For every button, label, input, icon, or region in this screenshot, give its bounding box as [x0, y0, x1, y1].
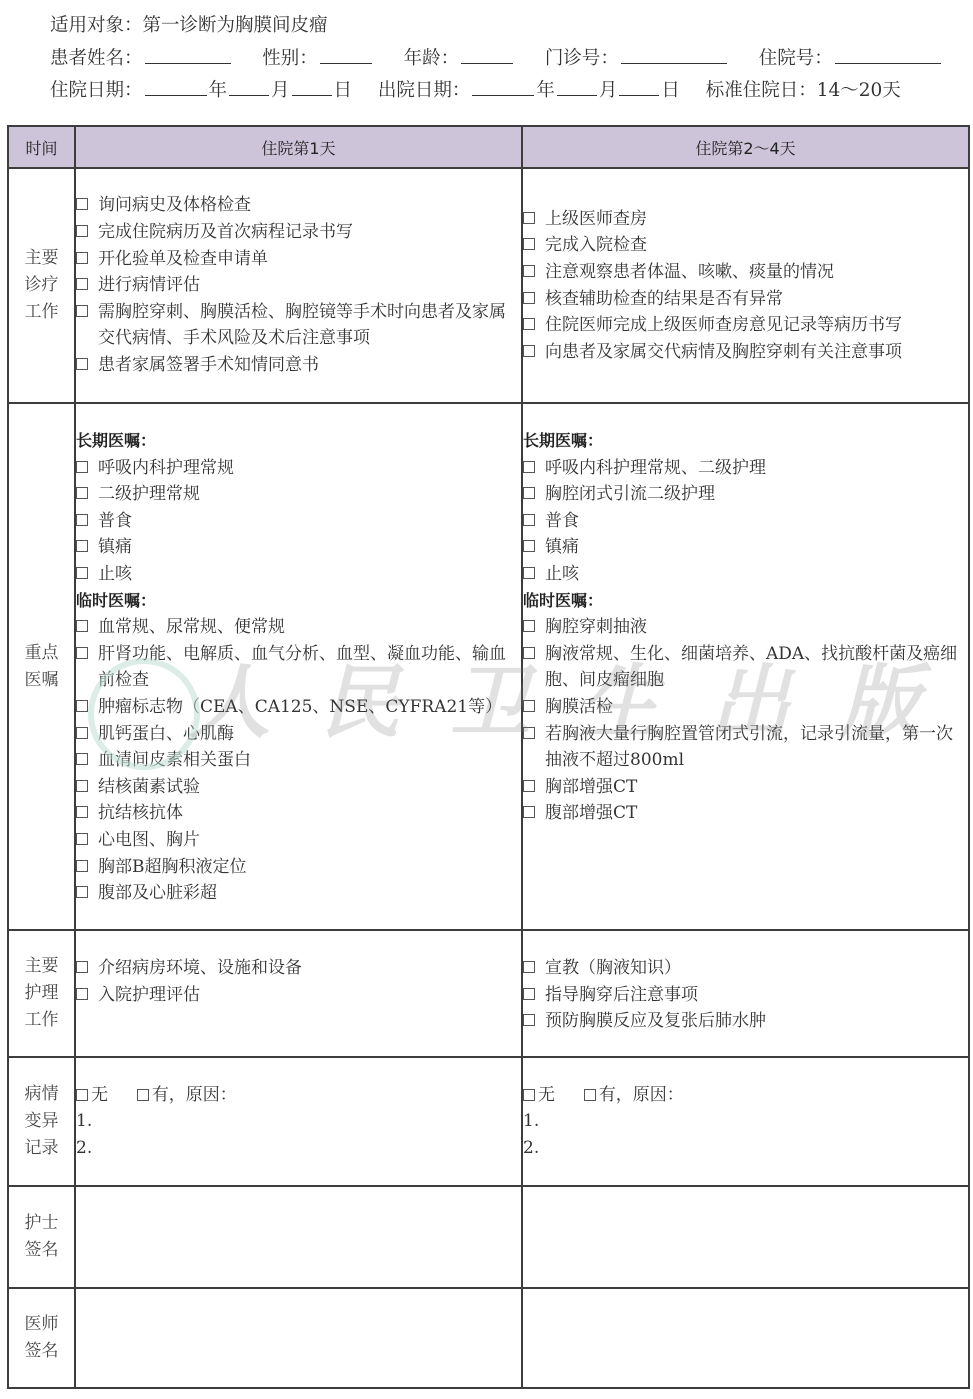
cell-orders-day1: 长期医嘱： 呼吸内科护理常规二级护理常规普食镇痛止咳 临时医嘱： 血常规、尿常规… [75, 403, 522, 930]
checklist-item[interactable]: 完成住院病历及首次病程记录书写 [76, 219, 521, 246]
checklist-item[interactable]: 核查辅助检查的结果是否有异常 [523, 286, 968, 313]
row-label-nursing: 主要 护理 工作 [8, 930, 75, 1057]
row-label-nurse-signature: 护士 签名 [8, 1186, 75, 1288]
checklist-item[interactable]: 心电图、胸片 [76, 827, 521, 854]
outpatient-no-label: 门诊号： [545, 48, 619, 69]
checklist-item[interactable]: 向患者及家属交代病情及胸腔穿刺有关注意事项 [523, 339, 968, 366]
cell-diagnosis-day2-4: 上级医师查房完成入院检查注意观察患者体温、咳嗽、痰量的情况核查辅助检查的结果是否… [522, 168, 969, 403]
checklist-item-text: 入院护理评估 [98, 985, 200, 1005]
checklist-item[interactable]: 止咳 [76, 561, 521, 588]
checklist-item[interactable]: 患者家属签署手术知情同意书 [76, 352, 521, 379]
checklist-item-text: 二级护理常规 [98, 484, 200, 504]
checklist-item-text: 胸部增强CT [545, 777, 637, 797]
age-label: 年龄： [404, 48, 460, 69]
day-label: 日 [334, 80, 353, 101]
checklist-item[interactable]: 宣教（胸液知识） [523, 955, 968, 982]
checklist-item[interactable]: 肌钙蛋白、心肌酶 [76, 721, 521, 748]
label-line: 医师 [9, 1311, 74, 1338]
col-time: 时间 [8, 126, 75, 168]
variance-reason-2[interactable]: 2. [523, 1135, 968, 1162]
nurse-signature-day1-field[interactable] [75, 1186, 522, 1288]
checkbox-icon[interactable] [523, 212, 535, 224]
checklist-item-text: 若胸液大量行胸腔置管闭式引流，记录引流量，第一次抽液不超过800ml [545, 724, 953, 771]
cell-orders-day2-4: 长期医嘱： 呼吸内科护理常规、二级护理胸腔闭式引流二级护理普食镇痛止咳 临时医嘱… [522, 403, 969, 930]
label-line: 病情 [9, 1081, 74, 1108]
checklist-item[interactable]: 抗结核抗体 [76, 800, 521, 827]
checklist-item-text: 胸腔穿刺抽液 [545, 617, 647, 637]
checkbox-icon[interactable] [76, 833, 88, 845]
checklist: 询问病史及体格检查完成住院病历及首次病程记录书写开化验单及检查申请单进行病情评估… [76, 192, 521, 378]
cell-variance-day1: 无 有，原因： 1. 2. [75, 1057, 522, 1186]
checklist-item-text: 腹部及心脏彩超 [98, 883, 217, 903]
discharge-day-field[interactable] [619, 77, 659, 96]
checklist-item[interactable]: 入院护理评估 [76, 982, 521, 1009]
label-line: 变异 [9, 1108, 74, 1135]
checkbox-icon[interactable] [76, 727, 88, 739]
checklist-item[interactable]: 普食 [76, 508, 521, 535]
checklist-item-text: 结核菌素试验 [98, 777, 200, 797]
checklist: 上级医师查房完成入院检查注意观察患者体温、咳嗽、痰量的情况核查辅助检查的结果是否… [523, 206, 968, 366]
checkbox-icon[interactable] [523, 1014, 535, 1026]
admission-date-label: 住院日期： [50, 80, 143, 101]
checklist-item[interactable]: 普食 [523, 508, 968, 535]
admission-month-field[interactable] [229, 77, 269, 96]
checkbox-icon[interactable] [76, 567, 88, 579]
checklist: 宣教（胸液知识）指导胸穿后注意事项预防胸膜反应及复张后肺水肿 [523, 955, 968, 1035]
year-label: 年 [209, 80, 228, 101]
checklist-item[interactable]: 预防胸膜反应及复张后肺水肿 [523, 1008, 968, 1035]
checklist-item[interactable]: 腹部及心脏彩超 [76, 880, 521, 907]
variance-yes-checkbox[interactable] [584, 1089, 596, 1101]
label-line: 记录 [9, 1135, 74, 1162]
checkbox-icon[interactable] [523, 988, 535, 1000]
checklist-item[interactable]: 介绍病房环境、设施和设备 [76, 955, 521, 982]
cell-diagnosis-day1: 询问病史及体格检查完成住院病历及首次病程记录书写开化验单及检查申请单进行病情评估… [75, 168, 522, 403]
temporary-orders-title: 临时医嘱： [523, 588, 968, 615]
checklist-item-text: 肝肾功能、电解质、血气分析、血型、凝血功能、输血前检查 [98, 644, 506, 691]
checklist: 长期医嘱： 呼吸内科护理常规、二级护理胸腔闭式引流二级护理普食镇痛止咳 临时医嘱… [523, 428, 968, 827]
inpatient-no-field[interactable] [835, 45, 941, 64]
long-term-orders-title: 长期医嘱： [523, 428, 968, 455]
checklist-item[interactable]: 血清间皮素相关蛋白 [76, 747, 521, 774]
checklist-item-text: 止咳 [98, 564, 132, 584]
checklist-item-text: 腹部增强CT [545, 803, 637, 823]
checklist-item[interactable]: 二级护理常规 [76, 481, 521, 508]
doctor-signature-day2-4-field[interactable] [522, 1288, 969, 1388]
checklist-item-text: 指导胸穿后注意事项 [545, 985, 698, 1005]
row-orders: 重点 医嘱 长期医嘱： 呼吸内科护理常规二级护理常规普食镇痛止咳 临时医嘱： 血… [8, 403, 969, 930]
checklist-item[interactable]: 注意观察患者体温、咳嗽、痰量的情况 [523, 259, 968, 286]
checklist-item[interactable]: 完成入院检查 [523, 232, 968, 259]
checklist-item[interactable]: 上级医师查房 [523, 206, 968, 233]
standard-stay: 标准住院日：14～20天 [706, 80, 901, 101]
doctor-signature-day1-field[interactable] [75, 1288, 522, 1388]
checklist-item[interactable]: 胸部B超胸积液定位 [76, 854, 521, 881]
checkbox-icon[interactable] [76, 647, 88, 659]
checklist-item[interactable]: 肝肾功能、电解质、血气分析、血型、凝血功能、输血前检查 [76, 641, 521, 694]
checkbox-icon[interactable] [76, 620, 88, 632]
col-day2-4: 住院第2～4天 [522, 126, 969, 168]
checklist-item-text: 注意观察患者体温、咳嗽、痰量的情况 [545, 262, 834, 282]
checkbox-icon[interactable] [76, 806, 88, 818]
checklist-item-text: 开化验单及检查申请单 [98, 249, 268, 269]
checklist-item-text: 肌钙蛋白、心肌酶 [98, 724, 234, 744]
label-line: 工作 [9, 299, 74, 326]
label-line: 签名 [9, 1237, 74, 1264]
checkbox-icon[interactable] [76, 886, 88, 898]
label-line: 重点 [9, 640, 74, 667]
checklist-item-text: 胸腔闭式引流二级护理 [545, 484, 715, 504]
checkbox-icon[interactable] [523, 487, 535, 499]
row-nursing: 主要 护理 工作 介绍病房环境、设施和设备入院护理评估 宣教（胸液知识）指导胸穿… [8, 930, 969, 1057]
variance-none-checkbox[interactable] [76, 1089, 88, 1101]
checklist-item[interactable]: 进行病情评估 [76, 272, 521, 299]
patient-name-field[interactable] [145, 45, 231, 64]
cell-nursing-day1: 介绍病房环境、设施和设备入院护理评估 [75, 930, 522, 1057]
checkbox-icon[interactable] [76, 514, 88, 526]
inpatient-no-label: 住院号： [759, 48, 833, 69]
applicable-text: 适用对象：第一诊断为胸膜间皮瘤 [50, 15, 328, 36]
checkbox-icon[interactable] [523, 514, 535, 526]
applicable-subject: 适用对象：第一诊断为胸膜间皮瘤 [50, 13, 328, 39]
checklist-item[interactable]: 血常规、尿常规、便常规 [76, 614, 521, 641]
checkbox-icon[interactable] [76, 487, 88, 499]
label-line: 诊疗 [9, 272, 74, 299]
patient-info-line: 患者姓名： 性别： 年龄： 门诊号： 住院号： [50, 45, 943, 72]
variance-none-label: 无 [91, 1085, 108, 1105]
checkbox-icon[interactable] [76, 252, 88, 264]
checklist-item-text: 进行病情评估 [98, 275, 200, 295]
checklist-item-text: 血常规、尿常规、便常规 [98, 617, 285, 637]
checklist-item-text: 镇痛 [545, 537, 579, 557]
row-variance: 病情 变异 记录 无 有，原因： 1. 2. 无 有，原因： 1. 2. [8, 1057, 969, 1186]
age-field[interactable] [461, 45, 513, 64]
checklist-item-text: 普食 [98, 511, 132, 531]
row-diagnosis: 主要 诊疗 工作 询问病史及体格检查完成住院病历及首次病程记录书写开化验单及检查… [8, 168, 969, 403]
label-line: 护士 [9, 1210, 74, 1237]
day-label: 日 [661, 80, 680, 101]
checklist-item[interactable]: 镇痛 [76, 534, 521, 561]
checkbox-icon[interactable] [76, 961, 88, 973]
checklist-item-text: 介绍病房环境、设施和设备 [98, 958, 302, 978]
clinical-pathway-table: 时间 住院第1天 住院第2～4天 主要 诊疗 工作 询问病史及体格检查完成住院病… [7, 125, 970, 1389]
checklist-item-text: 肿瘤标志物（CEA、CA125、NSE、CYFRA21等） [98, 697, 502, 717]
month-label: 月 [599, 80, 618, 101]
outpatient-no-field[interactable] [621, 45, 727, 64]
checklist-item-text: 普食 [545, 511, 579, 531]
row-nurse-signature: 护士 签名 [8, 1186, 969, 1288]
cell-variance-day2-4: 无 有，原因： 1. 2. [522, 1057, 969, 1186]
label-line: 医嘱 [9, 667, 74, 694]
month-label: 月 [271, 80, 290, 101]
checklist-item-text: 镇痛 [98, 537, 132, 557]
variance-reason-1[interactable]: 1. [523, 1108, 968, 1135]
checkbox-icon[interactable] [76, 753, 88, 765]
checkbox-icon[interactable] [76, 358, 88, 370]
checklist-item-text: 预防胸膜反应及复张后肺水肿 [545, 1011, 766, 1031]
variance-none-label: 无 [538, 1085, 555, 1105]
checklist-item-text: 上级医师查房 [545, 209, 647, 229]
checklist-item-text: 呼吸内科护理常规、二级护理 [545, 458, 766, 478]
checkbox-icon[interactable] [523, 345, 535, 357]
discharge-date-label: 出院日期： [378, 80, 471, 101]
checkbox-icon[interactable] [76, 988, 88, 1000]
checklist-item-text: 胸膜活检 [545, 697, 613, 717]
label-line: 主要 [9, 953, 74, 980]
checkbox-icon[interactable] [76, 700, 88, 712]
checklist-item[interactable]: 腹部增强CT [523, 800, 968, 827]
checklist-item-text: 血清间皮素相关蛋白 [98, 750, 251, 770]
checkbox-icon[interactable] [76, 198, 88, 210]
checklist-item-text: 呼吸内科护理常规 [98, 458, 234, 478]
checklist-item-text: 核查辅助检查的结果是否有异常 [545, 289, 783, 309]
checkbox-icon[interactable] [76, 461, 88, 473]
checklist-item-text: 心电图、胸片 [98, 830, 200, 850]
checklist-item-text: 抗结核抗体 [98, 803, 183, 823]
discharge-year-field[interactable] [472, 77, 534, 96]
checklist-item[interactable]: 呼吸内科护理常规、二级护理 [523, 455, 968, 482]
checkbox-icon[interactable] [523, 292, 535, 304]
checklist-item[interactable]: 询问病史及体格检查 [76, 192, 521, 219]
row-label-diagnosis: 主要 诊疗 工作 [8, 168, 75, 403]
row-label-doctor-signature: 医师 签名 [8, 1288, 75, 1388]
checklist-item-text: 住院医师完成上级医师查房意见记录等病历书写 [545, 315, 902, 335]
checkbox-icon[interactable] [523, 961, 535, 973]
checklist-item-text: 需胸腔穿刺、胸膜活检、胸腔镜等手术时向患者及家属交代病情、手术风险及术后注意事项 [98, 302, 506, 349]
checkbox-icon[interactable] [523, 780, 535, 792]
checklist-item-text: 完成住院病历及首次病程记录书写 [98, 222, 353, 242]
checklist-item-text: 患者家属签署手术知情同意书 [98, 355, 319, 375]
checklist-item[interactable]: 指导胸穿后注意事项 [523, 982, 968, 1009]
patient-name-label: 患者姓名： [50, 48, 143, 69]
checklist-item[interactable]: 胸部增强CT [523, 774, 968, 801]
nurse-signature-day2-4-field[interactable] [522, 1186, 969, 1288]
variance-yes-label: 有，原因： [152, 1085, 237, 1105]
checklist-item-text: 询问病史及体格检查 [98, 195, 251, 215]
checklist-item-text: 胸部B超胸积液定位 [98, 857, 247, 877]
row-doctor-signature: 医师 签名 [8, 1288, 969, 1388]
checkbox-icon[interactable] [523, 318, 535, 330]
row-label-variance: 病情 变异 记录 [8, 1057, 75, 1186]
checklist-item-text: 止咳 [545, 564, 579, 584]
checklist-item[interactable]: 肿瘤标志物（CEA、CA125、NSE、CYFRA21等） [76, 694, 521, 721]
checkbox-icon[interactable] [76, 780, 88, 792]
checkbox-icon[interactable] [76, 278, 88, 290]
checkbox-icon[interactable] [76, 860, 88, 872]
checkbox-icon[interactable] [523, 461, 535, 473]
variance-reason-1[interactable]: 1. [76, 1108, 521, 1135]
variance-reason-2[interactable]: 2. [76, 1135, 521, 1162]
checklist-item[interactable]: 开化验单及检查申请单 [76, 246, 521, 273]
checkbox-icon[interactable] [76, 225, 88, 237]
col-day1: 住院第1天 [75, 126, 522, 168]
checklist-item[interactable]: 胸液常规、生化、细菌培养、ADA、找抗酸杆菌及癌细胞、间皮瘤细胞 [523, 641, 968, 694]
checklist: 介绍病房环境、设施和设备入院护理评估 [76, 955, 521, 1008]
checklist-item[interactable]: 止咳 [523, 561, 968, 588]
label-line: 主要 [9, 245, 74, 272]
temporary-orders-title: 临时医嘱： [76, 588, 521, 615]
checklist-item[interactable]: 镇痛 [523, 534, 968, 561]
row-label-orders: 重点 医嘱 [8, 403, 75, 930]
checkbox-icon[interactable] [76, 305, 88, 317]
long-term-orders-title: 长期医嘱： [76, 428, 521, 455]
cell-nursing-day2-4: 宣教（胸液知识）指导胸穿后注意事项预防胸膜反应及复张后肺水肿 [522, 930, 969, 1057]
admission-year-field[interactable] [145, 77, 207, 96]
admission-day-field[interactable] [292, 77, 332, 96]
label-line: 签名 [9, 1338, 74, 1365]
table-header-row: 时间 住院第1天 住院第2～4天 [8, 126, 969, 168]
checklist-item[interactable]: 住院医师完成上级医师查房意见记录等病历书写 [523, 312, 968, 339]
checklist-item[interactable]: 胸腔闭式引流二级护理 [523, 481, 968, 508]
variance-yes-label: 有，原因： [599, 1085, 684, 1105]
checklist-item[interactable]: 胸腔穿刺抽液 [523, 614, 968, 641]
label-line: 护理 [9, 980, 74, 1007]
checklist-item[interactable]: 需胸腔穿刺、胸膜活检、胸腔镜等手术时向患者及家属交代病情、手术风险及术后注意事项 [76, 299, 521, 352]
checklist: 长期医嘱： 呼吸内科护理常规二级护理常规普食镇痛止咳 临时医嘱： 血常规、尿常规… [76, 428, 521, 907]
checkbox-icon[interactable] [523, 700, 535, 712]
sex-field[interactable] [320, 45, 372, 64]
checkbox-icon[interactable] [523, 806, 535, 818]
checkbox-icon[interactable] [76, 540, 88, 552]
sex-label: 性别： [262, 48, 318, 69]
checklist-item[interactable]: 若胸液大量行胸腔置管闭式引流，记录引流量，第一次抽液不超过800ml [523, 721, 968, 774]
variance-options: 无 有，原因： [76, 1082, 521, 1109]
checkbox-icon[interactable] [523, 238, 535, 250]
checklist-item[interactable]: 胸膜活检 [523, 694, 968, 721]
variance-options: 无 有，原因： [523, 1082, 968, 1109]
checkbox-icon[interactable] [523, 727, 535, 739]
checkbox-icon[interactable] [523, 567, 535, 579]
checkbox-icon[interactable] [523, 265, 535, 277]
checkbox-icon[interactable] [523, 647, 535, 659]
discharge-month-field[interactable] [557, 77, 597, 96]
variance-yes-checkbox[interactable] [137, 1089, 149, 1101]
checklist-item-text: 胸液常规、生化、细菌培养、ADA、找抗酸杆菌及癌细胞、间皮瘤细胞 [545, 644, 957, 691]
label-line: 工作 [9, 1007, 74, 1034]
checklist-item-text: 向患者及家属交代病情及胸腔穿刺有关注意事项 [545, 342, 902, 362]
year-label: 年 [536, 80, 555, 101]
checkbox-icon[interactable] [523, 620, 535, 632]
checklist-item[interactable]: 呼吸内科护理常规 [76, 455, 521, 482]
variance-none-checkbox[interactable] [523, 1089, 535, 1101]
checklist-item-text: 宣教（胸液知识） [545, 958, 681, 978]
checkbox-icon[interactable] [523, 540, 535, 552]
dates-line: 住院日期：年月日 出院日期：年月日 标准住院日：14～20天 [50, 77, 901, 104]
checklist-item-text: 完成入院检查 [545, 235, 647, 255]
checklist-item[interactable]: 结核菌素试验 [76, 774, 521, 801]
